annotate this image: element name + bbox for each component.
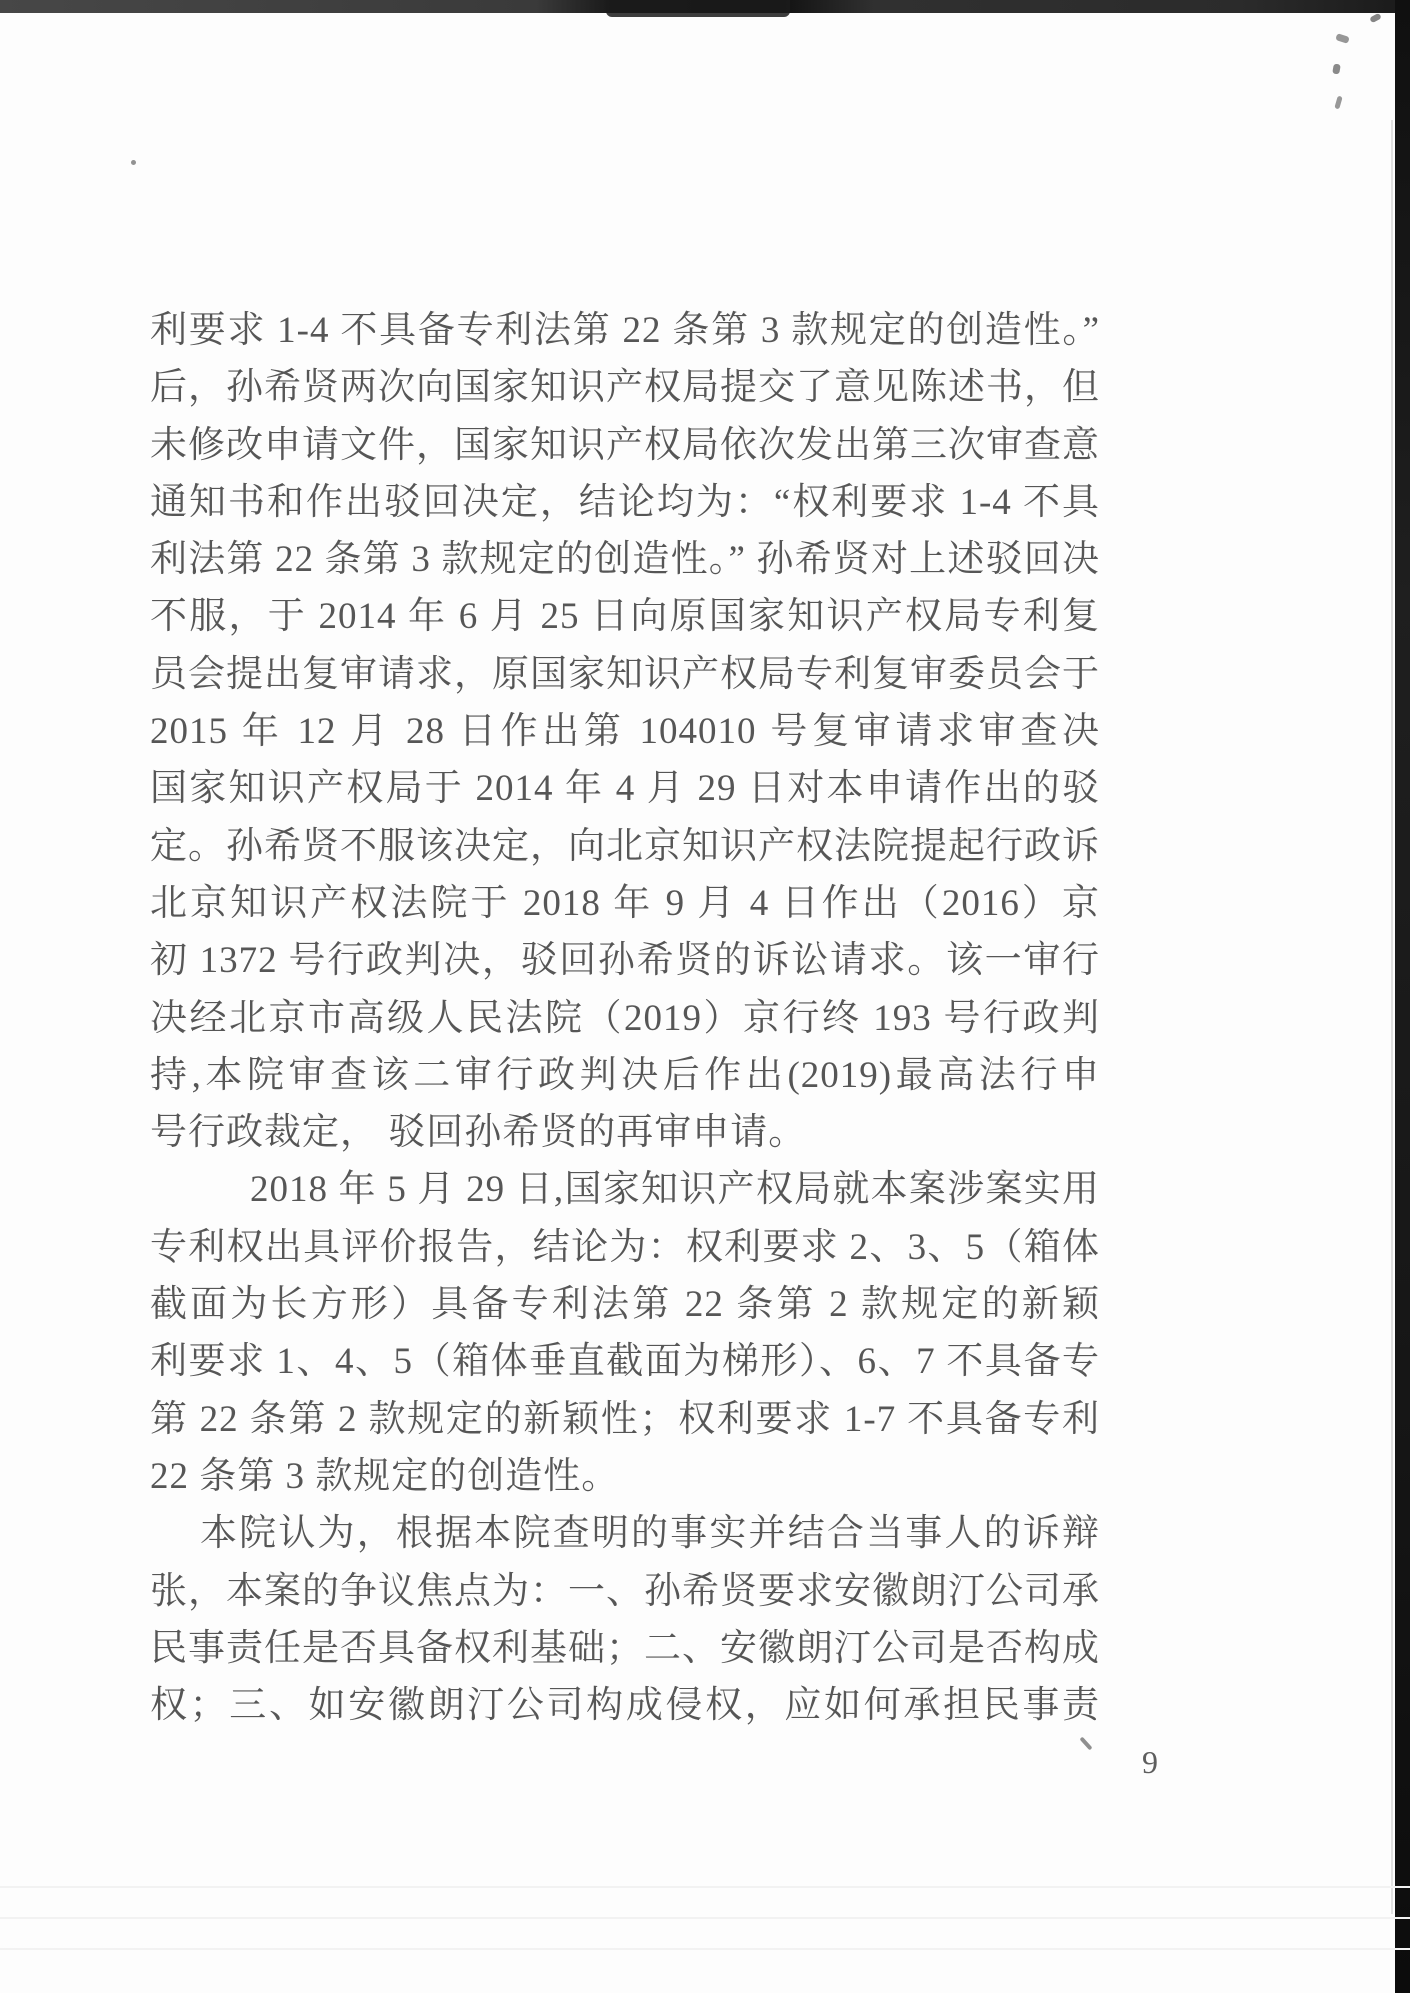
document-body: 利要求 1-4 不具备专利法第 22 条第 3 款规定的创造性。” 之 后，孙希… — [150, 302, 1100, 1734]
text-line: 国家知识产权局于 2014 年 4 月 29 日对本申请作出的驳回决 — [150, 760, 1100, 817]
text-line: 利法第 22 条第 3 款规定的创造性。” 孙希贤对上述驳回决定 — [150, 531, 1100, 588]
text-line: 22 条第 3 款规定的创造性。 — [150, 1448, 1100, 1505]
text-line: 2015 年 12 月 28 日作出第 104010 号复审请求审查决定，维持 — [150, 703, 1100, 760]
text-line: 张，本案的争议焦点为：一、孙希贤要求安徽朗汀公司承担 — [150, 1563, 1100, 1620]
scan-streak — [0, 1948, 1410, 1950]
text-line: 专利权出具评价报告，结论为：权利要求 2、3、5（箱体垂直 — [150, 1219, 1100, 1276]
page-number: 9 — [1142, 1744, 1158, 1781]
pen-tick-mark — [1079, 1737, 1092, 1751]
text-line: 第 22 条第 2 款规定的新颖性；权利要求 1-7 不具备专利法第 — [150, 1391, 1100, 1448]
text-line: 本院认为，根据本院查明的事实并结合当事人的诉辩主 — [150, 1505, 1100, 1562]
text-line: 持,本院审查该二审行政判决后作出(2019)最高法行申 13533 — [150, 1047, 1100, 1104]
text-line: 2018 年 5 月 29 日,国家知识产权局就本案涉案实用新型 — [150, 1161, 1100, 1218]
scan-streak — [0, 1886, 1410, 1888]
scan-artifact-right-edge — [1395, 0, 1410, 1993]
text-line: 初 1372 号行政判决，驳回孙希贤的诉讼请求。该一审行政判 — [150, 932, 1100, 989]
text-line: 北京知识产权法院于 2018 年 9 月 4 日作出（2016）京 73 行 — [150, 875, 1100, 932]
text-line: 截面为长方形）具备专利法第 22 条第 2 款规定的新颖性；权 — [150, 1276, 1100, 1333]
text-line: 未修改申请文件，国家知识产权局依次发出第三次审查意见 — [150, 417, 1100, 474]
text-line: 利要求 1-4 不具备专利法第 22 条第 3 款规定的创造性。” 之 — [150, 302, 1100, 359]
text-line: 民事责任是否具备权利基础；二、安徽朗汀公司是否构成侵 — [150, 1620, 1100, 1677]
ink-speck — [131, 160, 136, 165]
text-line: 员会提出复审请求，原国家知识产权局专利复审委员会于 — [150, 646, 1100, 703]
text-line: 权；三、如安徽朗汀公司构成侵权，应如何承担民事责任。 — [150, 1677, 1100, 1734]
text-line: 不服，于 2014 年 6 月 25 日向原国家知识产权局专利复审委 — [150, 588, 1100, 645]
text-line: 通知书和作出驳回决定，结论均为：“权利要求 1-4 不具备专 — [150, 474, 1100, 531]
ink-speck — [1335, 33, 1350, 44]
text-line: 定。孙希贤不服该决定，向北京知识产权法院提起行政诉讼。 — [150, 818, 1100, 875]
scan-streak — [0, 1917, 1410, 1919]
ink-speck — [1332, 63, 1341, 74]
text-line: 利要求 1、4、5（箱体垂直截面为梯形）、6、7 不具备专利法 — [150, 1333, 1100, 1390]
text-line: 决经北京市高级人民法院（2019）京行终 193 号行政判决维 — [150, 990, 1100, 1047]
ink-speck — [1334, 96, 1342, 110]
text-line: 号行政裁定， 驳回孙希贤的再审申请。 — [150, 1104, 1100, 1161]
scan-artifact-top-edge — [0, 0, 1410, 13]
ink-speck — [1369, 13, 1382, 23]
scanned-document-page: 利要求 1-4 不具备专利法第 22 条第 3 款规定的创造性。” 之 后，孙希… — [0, 0, 1410, 1993]
text-line: 后，孙希贤两次向国家知识产权局提交了意见陈述书，但均 — [150, 359, 1100, 416]
